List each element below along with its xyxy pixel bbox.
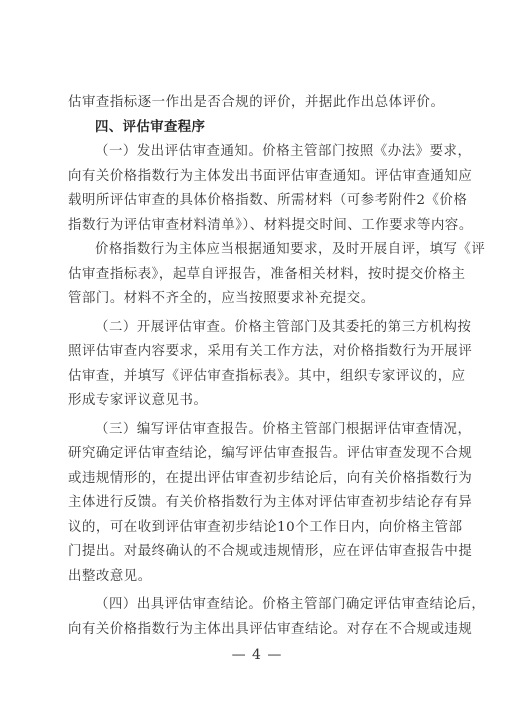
paragraph-line: （二）开展评估审查。价格主管部门及其委托的第三方机构按	[68, 316, 446, 341]
paragraph-line: 管部门。材料不齐全的，应当按照要求补充提交。	[68, 287, 446, 312]
paragraph-line: 或违规情形的，在提出评估审查初步结论后，向有关价格指数行为	[68, 467, 446, 492]
paragraph-line: 研究确定评估审查结论，编写评估审查报告。评估审查发现不合规	[68, 442, 446, 467]
paragraph-4: （三）编写评估审查报告。价格主管部门根据评估审查情况， 研究确定评估审查结论，编…	[68, 418, 446, 590]
paragraph-line: 价格指数行为主体应当根据通知要求，及时开展自评，填写《评	[68, 238, 446, 263]
paragraph-2: 价格指数行为主体应当根据通知要求，及时开展自评，填写《评 估审查指标表》，起草自…	[68, 238, 446, 312]
paragraph-line: 向有关价格指数行为主体发出书面评估审查通知。评估审查通知应	[68, 165, 446, 190]
paragraph-line: 估审查，并填写《评估审查指标表》。其中，组织专家评议的，应	[68, 365, 446, 390]
paragraph-3: （二）开展评估审查。价格主管部门及其委托的第三方机构按 照评估审查内容要求，采用…	[68, 316, 446, 414]
document-page: 估审查指标逐一作出是否合规的评价，并据此作出总体评价。 四、评估审查程序 （一）…	[68, 91, 446, 642]
paragraph-5: （四）出具评估审查结论。价格主管部门确定评估审查结论后， 向有关价格指数行为主体…	[68, 593, 446, 642]
paragraph-line: （三）编写评估审查报告。价格主管部门根据评估审查情况，	[68, 418, 446, 443]
paragraph-line: 形成专家评议意见书。	[68, 389, 446, 414]
paragraph-1: （一）发出评估审查通知。价格主管部门按照《办法》要求， 向有关价格指数行为主体发…	[68, 140, 446, 238]
paragraph-line: （四）出具评估审查结论。价格主管部门确定评估审查结论后，	[68, 593, 446, 618]
paragraph-line: 照评估审查内容要求，采用有关工作方法，对价格指数行为开展评	[68, 340, 446, 365]
carryover-line: 估审查指标逐一作出是否合规的评价，并据此作出总体评价。	[68, 91, 446, 116]
paragraph-line: 载明所评估审查的具体价格指数、所需材料（可参考附件2《价格	[68, 189, 446, 214]
paragraph-line: 门提出。对最终确认的不合规或违规情形，应在评估审查报告中提	[68, 540, 446, 565]
paragraph-line: 向有关价格指数行为主体出具评估审查结论。对存在不合规或违规	[68, 618, 446, 643]
section-heading: 四、评估审查程序	[68, 116, 446, 141]
paragraph-line: 估审查指标表》，起草自评报告，准备相关材料，按时提交价格主	[68, 263, 446, 288]
paragraph-line: （一）发出评估审查通知。价格主管部门按照《办法》要求，	[68, 140, 446, 165]
page-number: — 4 —	[0, 647, 514, 663]
paragraph-line: 议的，可在收到评估审查初步结论10个工作日内，向价格主管部	[68, 516, 446, 541]
paragraph-line: 指数行为评估审查材料清单》）、材料提交时间、工作要求等内容。	[68, 214, 446, 239]
paragraph-line: 出整改意见。	[68, 565, 446, 590]
paragraph-line: 主体进行反馈。有关价格指数行为主体对评估审查初步结论存有异	[68, 491, 446, 516]
